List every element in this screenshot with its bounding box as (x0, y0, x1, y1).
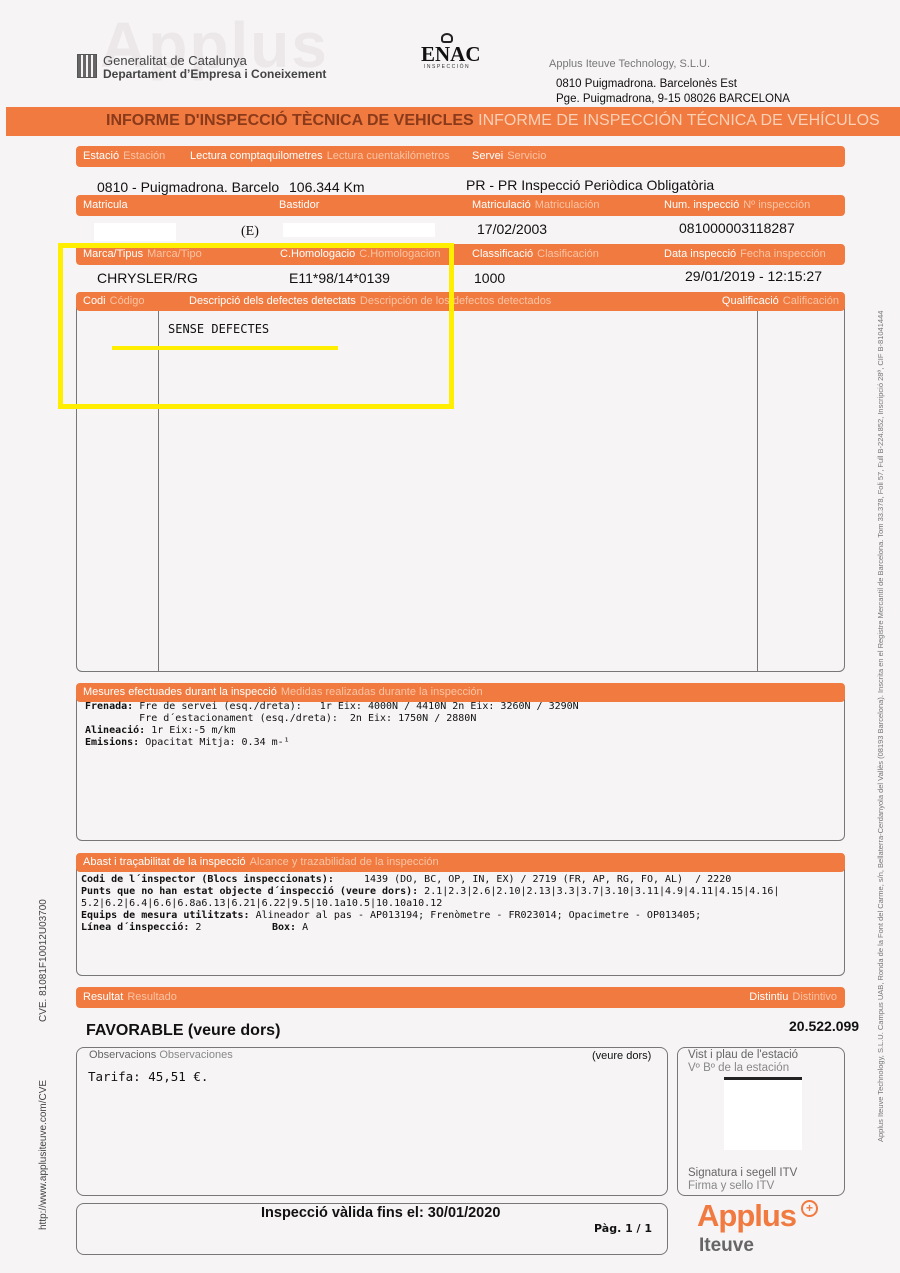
label-estacion: Estación (123, 150, 165, 162)
classificacio-value: 1000 (474, 270, 505, 286)
country-code: (E) (241, 224, 259, 240)
frenada-label: Frenada: (85, 701, 133, 712)
label-resultado: Resultado (127, 991, 177, 1003)
frenada-servei: Fre de servei (esq./dreta): 1r Eix: 4000… (133, 701, 579, 712)
label-observaciones: Observaciones (159, 1049, 232, 1061)
validity-text: Inspecció vàlida fins el: 30/01/2020 (261, 1205, 500, 1221)
mesures-emisions: Emisions: Opacitat Mitja: 0.34 m-¹ (85, 737, 290, 748)
abast-box-field: Box: A (272, 922, 308, 933)
linea-value: 2 (189, 922, 201, 933)
col-divider-qualificacio (757, 311, 758, 671)
label-qualificacio: Qualificació (722, 295, 779, 307)
label-matriculacio: Matriculació (472, 199, 531, 211)
label-distintiu: Distintiu (749, 991, 788, 1003)
servei-value: PR - PR Inspecció Periòdica Obligatòria (466, 177, 714, 193)
title-ca: INFORME D'INSPECCIÓ TÈCNICA DE VEHICLES (106, 112, 474, 129)
header-bar-matricula: Matricula Bastidor MatriculacióMatricula… (76, 195, 845, 216)
header-bar-estacio: EstacióEstación Lectura comptaquilometre… (76, 146, 845, 167)
gov-line2: Departament d’Empresa i Coneixement (103, 67, 326, 81)
highlight-underline (112, 346, 338, 350)
abast-punts: Punts que no han estat objecte d´inspecc… (81, 886, 779, 897)
gov-line1: Generalitat de Catalunya (103, 53, 247, 68)
applus-wordmark: Applus (697, 1198, 796, 1233)
label-matriculacion: Matriculación (535, 199, 600, 211)
emisions-value: Opacitat Mitja: 0.34 m-¹ (139, 737, 290, 748)
enac-sub: INSPECCIÓN (424, 64, 470, 70)
mesures-frenada-2: Fre d´estacionament (esq./dreta): 2n Eix… (85, 713, 476, 724)
data-inspeccio-value: 29/01/2019 - 12:15:27 (685, 268, 822, 284)
label-matricula: Matricula (83, 199, 128, 211)
header-bar-abast: Abast i traçabilitat de la inspeccióAlca… (76, 853, 845, 872)
label-calificacion: Calificación (783, 295, 839, 307)
km-value: 106.344 Km (289, 179, 365, 195)
stamp-area (724, 1077, 802, 1150)
label-fecha-inspeccion: Fecha inspección (740, 248, 826, 260)
label-num-inspeccion: Nº inspección (743, 199, 810, 211)
page-number: Pàg. 1 / 1 (594, 1222, 652, 1235)
header-bar-mesures: Mesures efectuades durant la inspeccióMe… (76, 683, 845, 702)
alineacio-value: 1r Eix:-5 m/km (145, 725, 235, 736)
box-value: A (296, 922, 308, 933)
signatura-es: Firma y sello ITV (688, 1180, 774, 1192)
label-lectura: Lectura comptaquilometres (190, 150, 323, 162)
highlight-box (58, 243, 454, 409)
box-label: Box: (272, 922, 296, 933)
equips-value: Alineador al pas - AP013194; Frenòmetre … (250, 910, 702, 921)
distintiu-value: 20.522.099 (789, 1018, 859, 1034)
mesures-frenada-1: Frenada: Fre de servei (esq./dreta): 1r … (85, 701, 579, 712)
header-bar-resultat: ResultatResultado DistintiuDistintivo (76, 987, 845, 1008)
num-inspeccio-value: 081000003118287 (679, 220, 795, 236)
side-cve: CVE. 81081F10012U03700 (38, 899, 49, 1022)
generalitat-logo-icon (77, 54, 97, 78)
punts-value: 2.1|2.3|2.6|2.10|2.13|3.3|3.7|3.10|3.11|… (418, 886, 779, 897)
label-clasificacion: Clasificación (537, 248, 599, 260)
label-lectura-es: Lectura cuentakilómetros (327, 150, 450, 162)
vist-es: Vº Bº de la estación (688, 1062, 789, 1074)
punts-label: Punts que no han estat objecte d´inspecc… (81, 886, 418, 897)
company-name: Applus Iteuve Technology, S.L.U. (549, 58, 710, 70)
label-estacio: Estació (83, 150, 119, 162)
observacions-note: (veure dors) (592, 1050, 651, 1062)
alineacio-label: Alineació: (85, 725, 145, 736)
page-title: INFORME D'INSPECCIÓ TÈCNICA DE VEHICLES … (106, 112, 880, 130)
title-es: INFORME DE INSPECCIÓN TÉCNICA DE VEHÍCUL… (478, 112, 880, 129)
emisions-label: Emisions: (85, 737, 139, 748)
label-distintivo: Distintivo (792, 991, 837, 1003)
abast-codi: Codi de l´inspector (Blocs inspeccionats… (81, 874, 731, 885)
codi-inspector-label: Codi de l´inspector (Blocs inspeccionats… (81, 874, 334, 885)
label-servicio: Servicio (507, 150, 546, 162)
label-medidas: Medidas realizadas durante la inspección (281, 686, 483, 698)
label-mesures: Mesures efectuades durant la inspecció (83, 686, 277, 698)
label-data-inspeccio: Data inspecció (664, 248, 736, 260)
plus-icon: + (801, 1200, 818, 1217)
matricula-redacted (94, 223, 176, 241)
label-resultat: Resultat (83, 991, 123, 1003)
abast-linea: Línea d´inspecció: 2 (81, 922, 201, 933)
label-classificacio: Classificació (472, 248, 533, 260)
linea-label: Línea d´inspecció: (81, 922, 189, 933)
equips-label: Equips de mesura utilitzats: (81, 910, 250, 921)
label-abast: Abast i traçabilitat de la inspecció (83, 856, 246, 868)
estacio-value: 0810 - Puigmadrona. Barcelo (97, 179, 279, 195)
signatura-ca: Signatura i segell ITV (688, 1167, 797, 1179)
matriculacio-value: 17/02/2003 (477, 221, 547, 237)
label-bastidor: Bastidor (279, 199, 319, 211)
bastidor-redacted (283, 223, 435, 237)
mesures-alineacio: Alineació: 1r Eix:-5 m/km (85, 725, 236, 736)
applus-logo: Applus + (697, 1198, 796, 1234)
station-line1: 0810 Puigmadrona. Barcelonès Est (556, 78, 737, 90)
observacions-label: Observacions Observaciones (89, 1049, 233, 1061)
result-value: FAVORABLE (veure dors) (86, 1022, 280, 1040)
side-url: http://www.applusiteuve.com/CVE (38, 1080, 49, 1230)
side-legal-text: Applus Iteuve Technology, S.L.U. Campus … (876, 311, 885, 1142)
station-line2: Pge. Puigmadrona, 9-15 08026 BARCELONA (556, 93, 790, 105)
codi-inspector-value: 1439 (DO, BC, OP, IN, EX) / 2719 (FR, AP… (334, 874, 731, 885)
vist-ca: Vist i plau de l'estació (688, 1049, 798, 1061)
label-servei: Servei (472, 150, 503, 162)
tarifa-text: Tarifa: 45,51 €. (88, 1069, 208, 1084)
label-observacions: Observacions (89, 1049, 156, 1061)
abast-punts-2: 5.2|6.2|6.4|6.6|6.8a6.13|6.21|6.22|9.5|1… (81, 898, 442, 909)
abast-equips: Equips de mesura utilitzats: Alineador a… (81, 910, 701, 921)
applus-sub: Iteuve (699, 1235, 754, 1257)
label-num-inspeccio: Num. inspecció (664, 199, 739, 211)
label-alcance: Alcance y trazabilidad de la inspección (250, 856, 439, 868)
